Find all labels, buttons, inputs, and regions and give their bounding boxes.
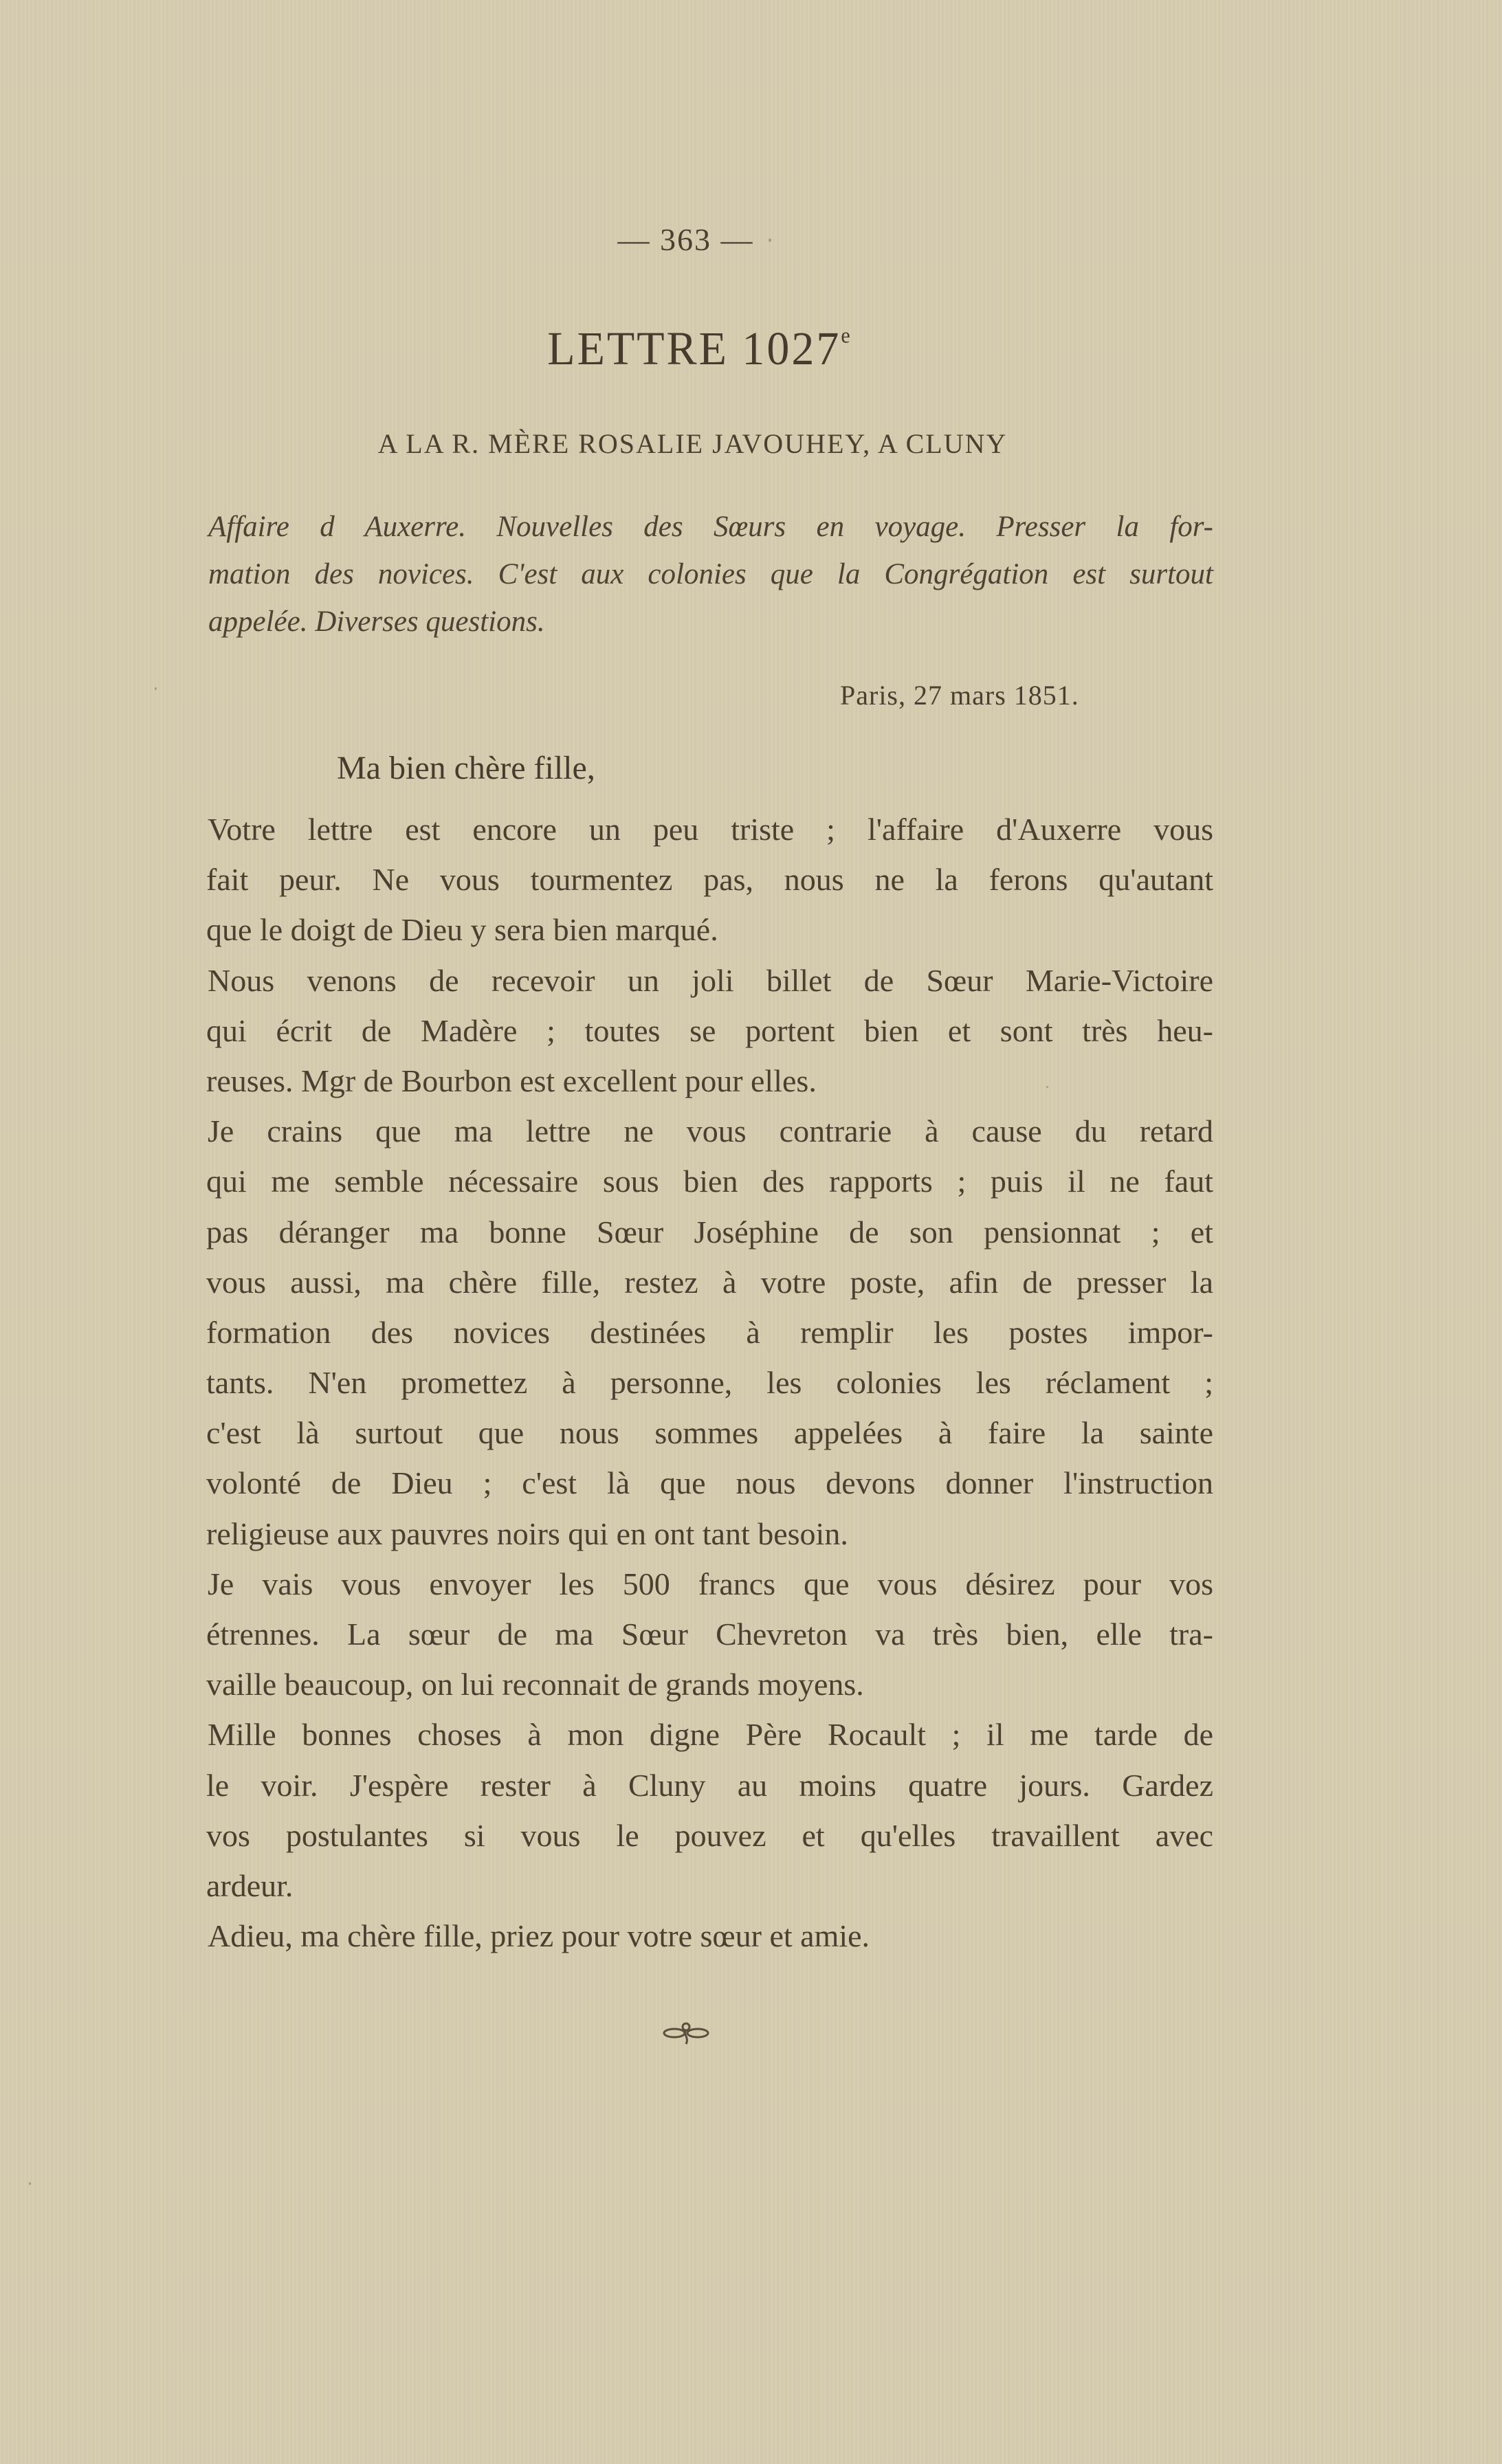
body-line: Adieu, ma chère fille, priez pour votre …: [206, 1911, 1213, 1961]
summary-line: appelée. Diverses questions.: [208, 598, 1213, 645]
scan-speck: [769, 238, 771, 242]
letter-title: LETTRE 1027e: [0, 322, 1450, 377]
letter-title-superscript: e: [841, 324, 850, 348]
paragraph: Je crains que ma lettre ne vous contrari…: [206, 1106, 1213, 1559]
body-line: Votre lettre est encore un peu triste ; …: [206, 804, 1213, 854]
letter-title-text: LETTRE 1027: [547, 322, 841, 375]
body-line: religieuse aux pauvres noirs qui en ont …: [206, 1509, 1213, 1559]
summary-line: mation des novices. C'est aux colonies q…: [208, 551, 1213, 598]
letter-dateline: Paris, 27 mars 1851.: [840, 679, 1079, 711]
body-line: c'est là surtout que nous sommes appelée…: [206, 1408, 1213, 1458]
letter-addressee: A LA R. MÈRE ROSALIE JAVOUHEY, A CLUNY: [0, 428, 1444, 460]
paragraph: Adieu, ma chère fille, priez pour votre …: [206, 1911, 1213, 1961]
body-line: vos postulantes si vous le pouvez et qu'…: [206, 1810, 1213, 1861]
summary-line: Affaire d Auxerre. Nouvelles des Sœurs e…: [208, 503, 1213, 551]
scan-speck: [29, 2182, 31, 2185]
scan-speck: [1046, 1086, 1048, 1088]
body-line: tants. N'en promettez à personne, les co…: [206, 1357, 1213, 1408]
letter-body: Votre lettre est encore un peu triste ; …: [206, 804, 1213, 1961]
body-line: qui écrit de Madère ; toutes se portent …: [206, 1006, 1213, 1056]
body-line: fait peur. Ne vous tourmentez pas, nous …: [206, 854, 1213, 904]
body-line: Je crains que ma lettre ne vous contrari…: [206, 1106, 1213, 1156]
body-line: vous aussi, ma chère fille, restez à vot…: [206, 1257, 1213, 1307]
body-line: le voir. J'espère rester à Cluny au moin…: [206, 1760, 1213, 1810]
body-line: Nous venons de recevoir un joli billet d…: [206, 955, 1213, 1006]
fleuron-ornament: [0, 2021, 1437, 2052]
page-number: — 363 —: [0, 221, 1437, 258]
letter-summary: Affaire d Auxerre. Nouvelles des Sœurs e…: [208, 503, 1213, 645]
fleuron-icon: [662, 2021, 710, 2048]
body-line: qui me semble nécessaire sous bien des r…: [206, 1156, 1213, 1206]
scan-speck: [155, 687, 157, 690]
body-line: Je vais vous envoyer les 500 francs que …: [206, 1559, 1213, 1609]
letter-salutation: Ma bien chère fille,: [337, 749, 595, 787]
body-line: ardeur.: [206, 1861, 1213, 1911]
paragraph: Mille bonnes choses à mon digne Père Roc…: [206, 1709, 1213, 1911]
book-page: — 363 — LETTRE 1027e A LA R. MÈRE ROSALI…: [0, 0, 1502, 2464]
body-line: pas déranger ma bonne Sœur Joséphine de …: [206, 1207, 1213, 1257]
paragraph: Nous venons de recevoir un joli billet d…: [206, 955, 1213, 1107]
paragraph: Je vais vous envoyer les 500 francs que …: [206, 1559, 1213, 1710]
body-line: que le doigt de Dieu y sera bien marqué.: [206, 904, 1213, 955]
body-line: étrennes. La sœur de ma Sœur Chevreton v…: [206, 1609, 1213, 1659]
body-line: volonté de Dieu ; c'est là que nous devo…: [206, 1458, 1213, 1508]
body-line: reuses. Mgr de Bourbon est excellent pou…: [206, 1056, 1213, 1106]
body-line: vaille beaucoup, on lui reconnait de gra…: [206, 1659, 1213, 1709]
body-line: Mille bonnes choses à mon digne Père Roc…: [206, 1709, 1213, 1760]
paragraph: Votre lettre est encore un peu triste ; …: [206, 804, 1213, 955]
body-line: formation des novices destinées à rempli…: [206, 1307, 1213, 1357]
